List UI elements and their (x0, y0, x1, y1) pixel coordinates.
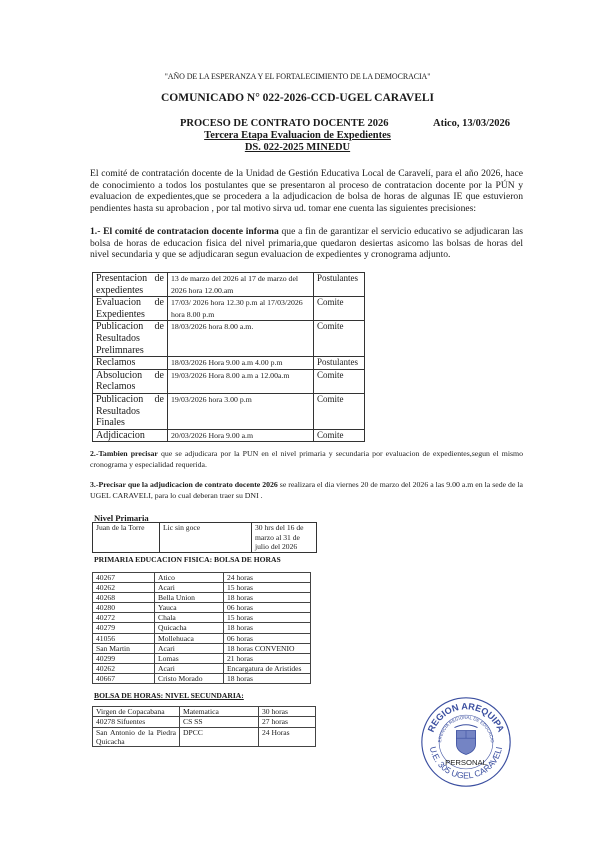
table-row: Adjdicacion20/03/2026 Hora 9.00 a.mComit… (93, 429, 365, 442)
cell-responsable: Postulantes (314, 273, 365, 297)
cell-codigo: 40272 (93, 613, 155, 623)
cell-horas: 30 hrs del 16 de marzo al 31 de julio de… (252, 523, 317, 553)
table-row: 40280Yauca06 horas (93, 603, 311, 613)
table-row: 40278 SifuentesCS SS27 horas (93, 717, 316, 727)
table-row: San Antonio de la Piedra QuicachaDPCC24 … (93, 727, 316, 747)
cell-motivo: Lic sin goce (160, 523, 252, 553)
point-2-lead: 2.-Tambien precisar (90, 449, 158, 458)
cell-etapa: Reclamos (93, 357, 168, 370)
table-row: Publicacion de Resultados Prelimnares18/… (93, 321, 365, 357)
table-row: 40262AcariEncargatura de Aristides (93, 663, 311, 673)
table-row: 40268Bella Union18 horas (93, 593, 311, 603)
cell-codigo: 40262 (93, 663, 155, 673)
cell-horas: 18 horas (224, 593, 311, 603)
cell-fecha: 18/03/2026 hora 8.00 a.m. (168, 321, 314, 357)
cell-responsable: Comite (314, 393, 365, 429)
primaria-ef-table: 40267Atico24 horas40262Acari15 horas4026… (92, 572, 311, 684)
table-row: 40299Lomas21 horas (93, 653, 311, 663)
cell-ie: 40278 Sifuentes (93, 717, 180, 727)
cell-responsable: Comite (314, 321, 365, 357)
cell-area: DPCC (180, 727, 259, 747)
point-2: 2.-Tambien precisar que se adjudicara po… (90, 449, 523, 471)
etapa-subtitle: Tercera Etapa Evaluacion de Expedientes (0, 130, 595, 141)
cell-horas: 30 horas (259, 707, 316, 717)
cell-codigo: 40280 (93, 603, 155, 613)
cell-horas: 15 horas (224, 583, 311, 593)
cell-responsable: Comite (314, 369, 365, 393)
secundaria-table: Virgen de CopacabanaMatematica30 horas40… (92, 706, 316, 747)
cell-fecha: 20/03/2026 Hora 9.00 a.m (168, 429, 314, 442)
date-location: Atico, 13/03/2026 (433, 118, 510, 129)
cell-horas: Encargatura de Aristides (224, 663, 311, 673)
cell-codigo: San Martin (93, 643, 155, 653)
cell-lugar: Mollehuaca (155, 633, 224, 643)
cell-fecha: 18/03/2026 Hora 9.00 a.m 4.00 p.m (168, 357, 314, 370)
cell-lugar: Cristo Morado (155, 673, 224, 683)
point-1: 1.- El comité de contratacion docente in… (90, 226, 523, 261)
cell-horas: 24 Horas (259, 727, 316, 747)
cell-horas: 18 horas CONVENIO (224, 643, 311, 653)
table-row: 40279Quicacha18 horas (93, 623, 311, 633)
coat-of-arms-icon (454, 725, 477, 755)
cell-fecha: 17/03/ 2026 hora 12.30 p.m al 17/03/2026… (168, 297, 314, 321)
cell-lugar: Bella Union (155, 593, 224, 603)
cell-horas: 06 horas (224, 603, 311, 613)
cell-horas: 15 horas (224, 613, 311, 623)
cell-fecha: 19/03/2026 Hora 8.00 a.m a 12.00a.m (168, 369, 314, 393)
slogan: "AÑO DE LA ESPERANZA Y EL FORTALECIMIENT… (0, 72, 595, 81)
table-row: 40272Chala15 horas (93, 613, 311, 623)
cell-lugar: Atico (155, 573, 224, 583)
table-row: 40262Acari15 horas (93, 583, 311, 593)
cell-etapa: Publicacion de Resultados Finales (93, 393, 168, 429)
cell-horas: 21 horas (224, 653, 311, 663)
decree-subtitle: DS. 022-2025 MINEDU (0, 142, 595, 153)
cell-lugar: Quicacha (155, 623, 224, 633)
point-3-lead: 3.-Precisar que la adjudicacion de contr… (90, 480, 278, 489)
table-row: Absolucion de Reclamos19/03/2026 Hora 8.… (93, 369, 365, 393)
cell-etapa: Publicacion de Resultados Prelimnares (93, 321, 168, 357)
cell-area: Matematica (180, 707, 259, 717)
official-seal: REGION AREQUIPA GERENCIA REGIONAL DE EDU… (418, 694, 514, 790)
cell-responsable: Comite (314, 297, 365, 321)
cell-horas: 27 horas (259, 717, 316, 727)
intro-paragraph: El comité de contratación docente de la … (90, 168, 523, 214)
cell-lugar: Lomas (155, 653, 224, 663)
cell-codigo: 40667 (93, 673, 155, 683)
table-row: Evaluacion de Expedientes17/03/ 2026 hor… (93, 297, 365, 321)
cell-horas: 24 horas (224, 573, 311, 583)
cell-ie: Virgen de Copacabana (93, 707, 180, 717)
comunicado-title: COMUNICADO N° 022-2026-CCD-UGEL CARAVELI (0, 92, 595, 104)
cell-codigo: 40299 (93, 653, 155, 663)
cell-fecha: 19/03/2026 hora 3.00 p.m (168, 393, 314, 429)
cell-responsable: Comite (314, 429, 365, 442)
cell-responsable: Postulantes (314, 357, 365, 370)
nivel-primaria-table: Juan de la TorreLic sin goce30 hrs del 1… (92, 522, 317, 553)
table-row: Juan de la TorreLic sin goce30 hrs del 1… (93, 523, 317, 553)
cell-lugar: Acari (155, 663, 224, 673)
cell-codigo: 40268 (93, 593, 155, 603)
cell-codigo: 40279 (93, 623, 155, 633)
cell-lugar: Acari (155, 583, 224, 593)
cell-ie: San Antonio de la Piedra Quicacha (93, 727, 180, 747)
cell-horas: 18 horas (224, 623, 311, 633)
cell-etapa: Adjdicacion (93, 429, 168, 442)
table-row: 41056Mollehuaca06 horas (93, 633, 311, 643)
proceso-title: PROCESO DE CONTRATO DOCENTE 2026 (180, 118, 388, 129)
table-row: Reclamos18/03/2026 Hora 9.00 a.m 4.00 p.… (93, 357, 365, 370)
table-row: Publicacion de Resultados Finales19/03/2… (93, 393, 365, 429)
cell-codigo: 41056 (93, 633, 155, 643)
cell-horas: 06 horas (224, 633, 311, 643)
cell-lugar: Chala (155, 613, 224, 623)
cell-ie: Juan de la Torre (93, 523, 160, 553)
table-row: San MartinAcari18 horas CONVENIO (93, 643, 311, 653)
cell-etapa: Absolucion de Reclamos (93, 369, 168, 393)
cell-horas: 18 horas (224, 673, 311, 683)
secundaria-title: BOLSA DE HORAS: NIVEL SECUNDARIA: (94, 691, 244, 700)
table-row: 40667Cristo Morado18 horas (93, 673, 311, 683)
cronograma-table: Presentacion de expedientes13 de marzo d… (92, 272, 365, 442)
table-row: Virgen de CopacabanaMatematica30 horas (93, 707, 316, 717)
cell-etapa: Presentacion de expedientes (93, 273, 168, 297)
point-1-lead: 1.- El comité de contratacion docente in… (90, 226, 279, 237)
table-row: Presentacion de expedientes13 de marzo d… (93, 273, 365, 297)
svg-text:PERSONAL: PERSONAL (445, 758, 488, 767)
cell-lugar: Yauca (155, 603, 224, 613)
cell-etapa: Evaluacion de Expedientes (93, 297, 168, 321)
cell-lugar: Acari (155, 643, 224, 653)
cell-codigo: 40267 (93, 573, 155, 583)
cell-fecha: 13 de marzo del 2026 al 17 de marzo del … (168, 273, 314, 297)
table-row: 40267Atico24 horas (93, 573, 311, 583)
point-3: 3.-Precisar que la adjudicacion de contr… (90, 480, 523, 502)
primaria-ef-title: PRIMARIA EDUCACION FISICA: BOLSA DE HORA… (94, 555, 281, 564)
cell-codigo: 40262 (93, 583, 155, 593)
cell-area: CS SS (180, 717, 259, 727)
